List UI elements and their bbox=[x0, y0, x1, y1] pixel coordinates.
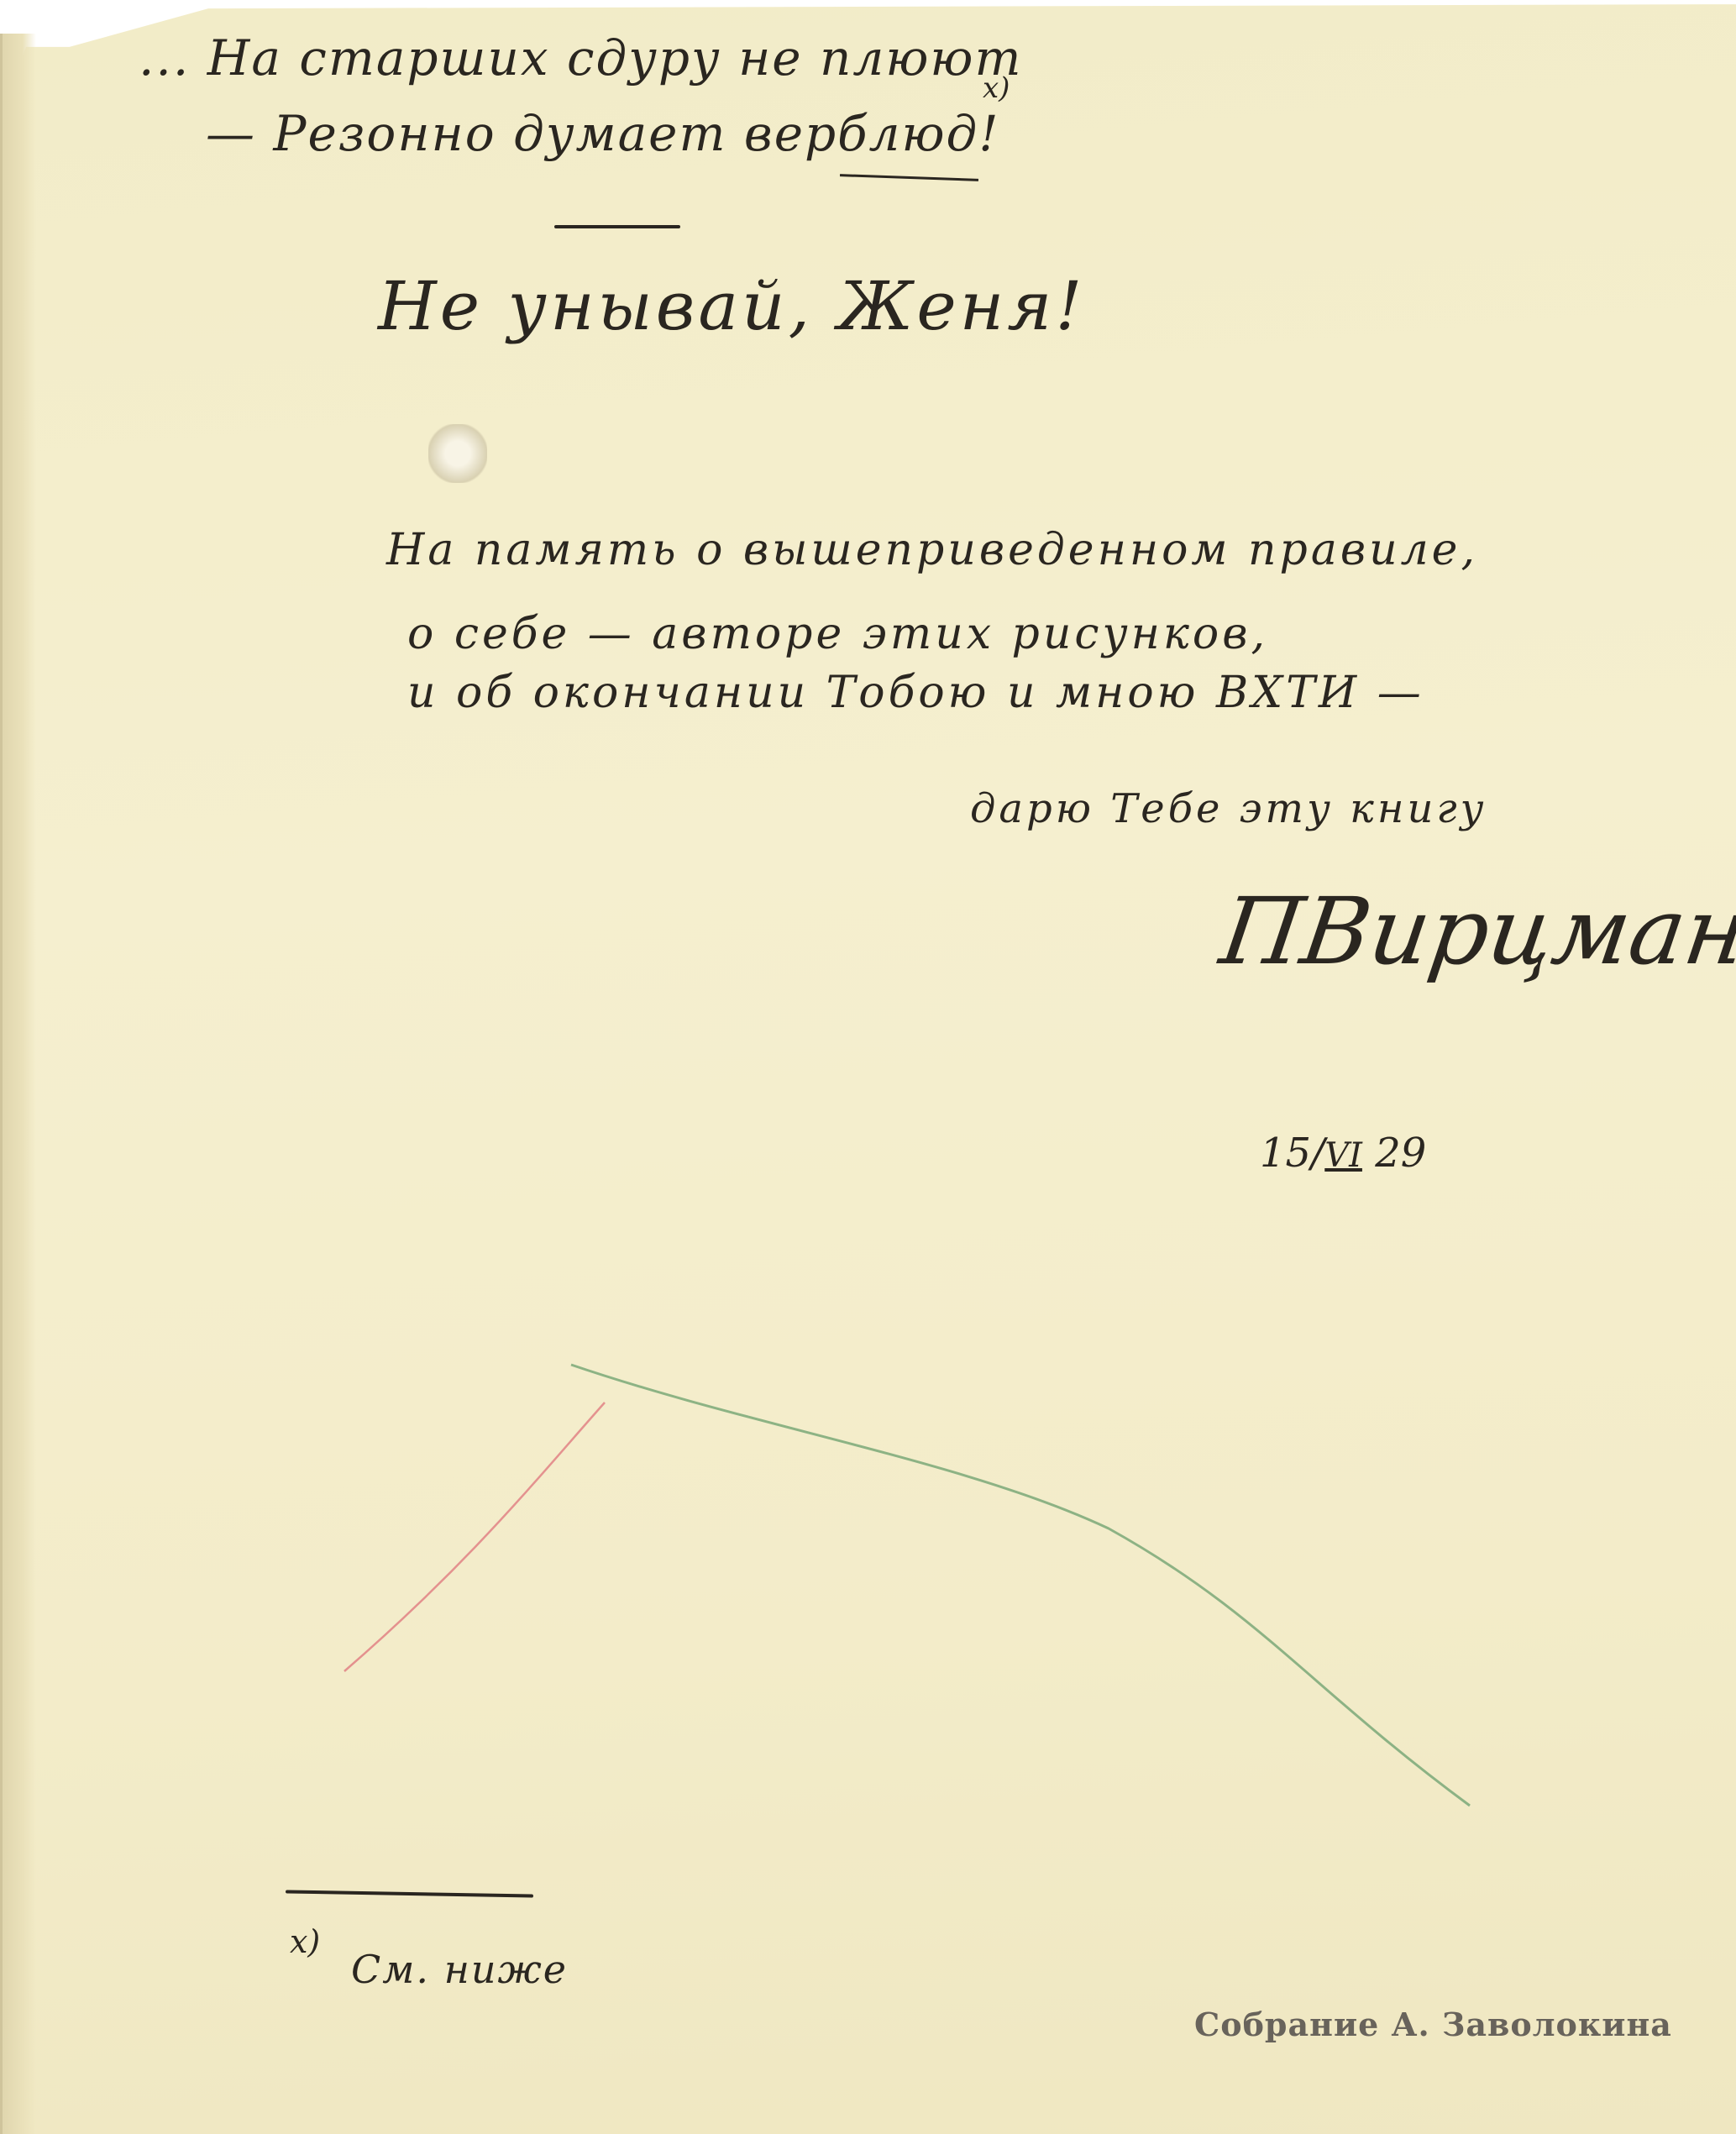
dedication-line-3: и об окончании Тобою и мною ВХТИ — bbox=[407, 668, 1424, 718]
epigraph-line-1: ... На старших сдуру не плюют bbox=[139, 29, 1022, 87]
footnote-mark: x) bbox=[290, 1923, 320, 1960]
dedication-line-2: о себе — авторе этих рисунков, bbox=[407, 609, 1268, 659]
epigraph-footnote-mark: x) bbox=[983, 71, 1010, 105]
inscription-title: Не унывай, Женя! bbox=[378, 267, 1085, 345]
inscription-date: 15/VI 29 bbox=[1260, 1130, 1426, 1177]
date-slash: / bbox=[1311, 1130, 1324, 1177]
paper-smudge bbox=[428, 424, 487, 483]
section-divider bbox=[554, 225, 680, 228]
footnote-text: См. ниже bbox=[351, 1947, 568, 1992]
date-day: 15 bbox=[1260, 1130, 1311, 1177]
dedication-line-1: На память о вышеприведенном правиле, bbox=[386, 525, 1478, 575]
collection-stamp: Собрание А. Заволокина bbox=[1194, 2006, 1672, 2043]
paper-spine-edge bbox=[0, 34, 36, 2134]
dedication-line-4: дарю Тебе эту книгу bbox=[970, 785, 1487, 832]
signature: ПВирцман bbox=[1214, 878, 1736, 985]
date-month: VI bbox=[1324, 1136, 1362, 1175]
epigraph-line-2: — Резонно думает верблюд! bbox=[206, 105, 1000, 162]
date-year: 29 bbox=[1375, 1130, 1426, 1177]
